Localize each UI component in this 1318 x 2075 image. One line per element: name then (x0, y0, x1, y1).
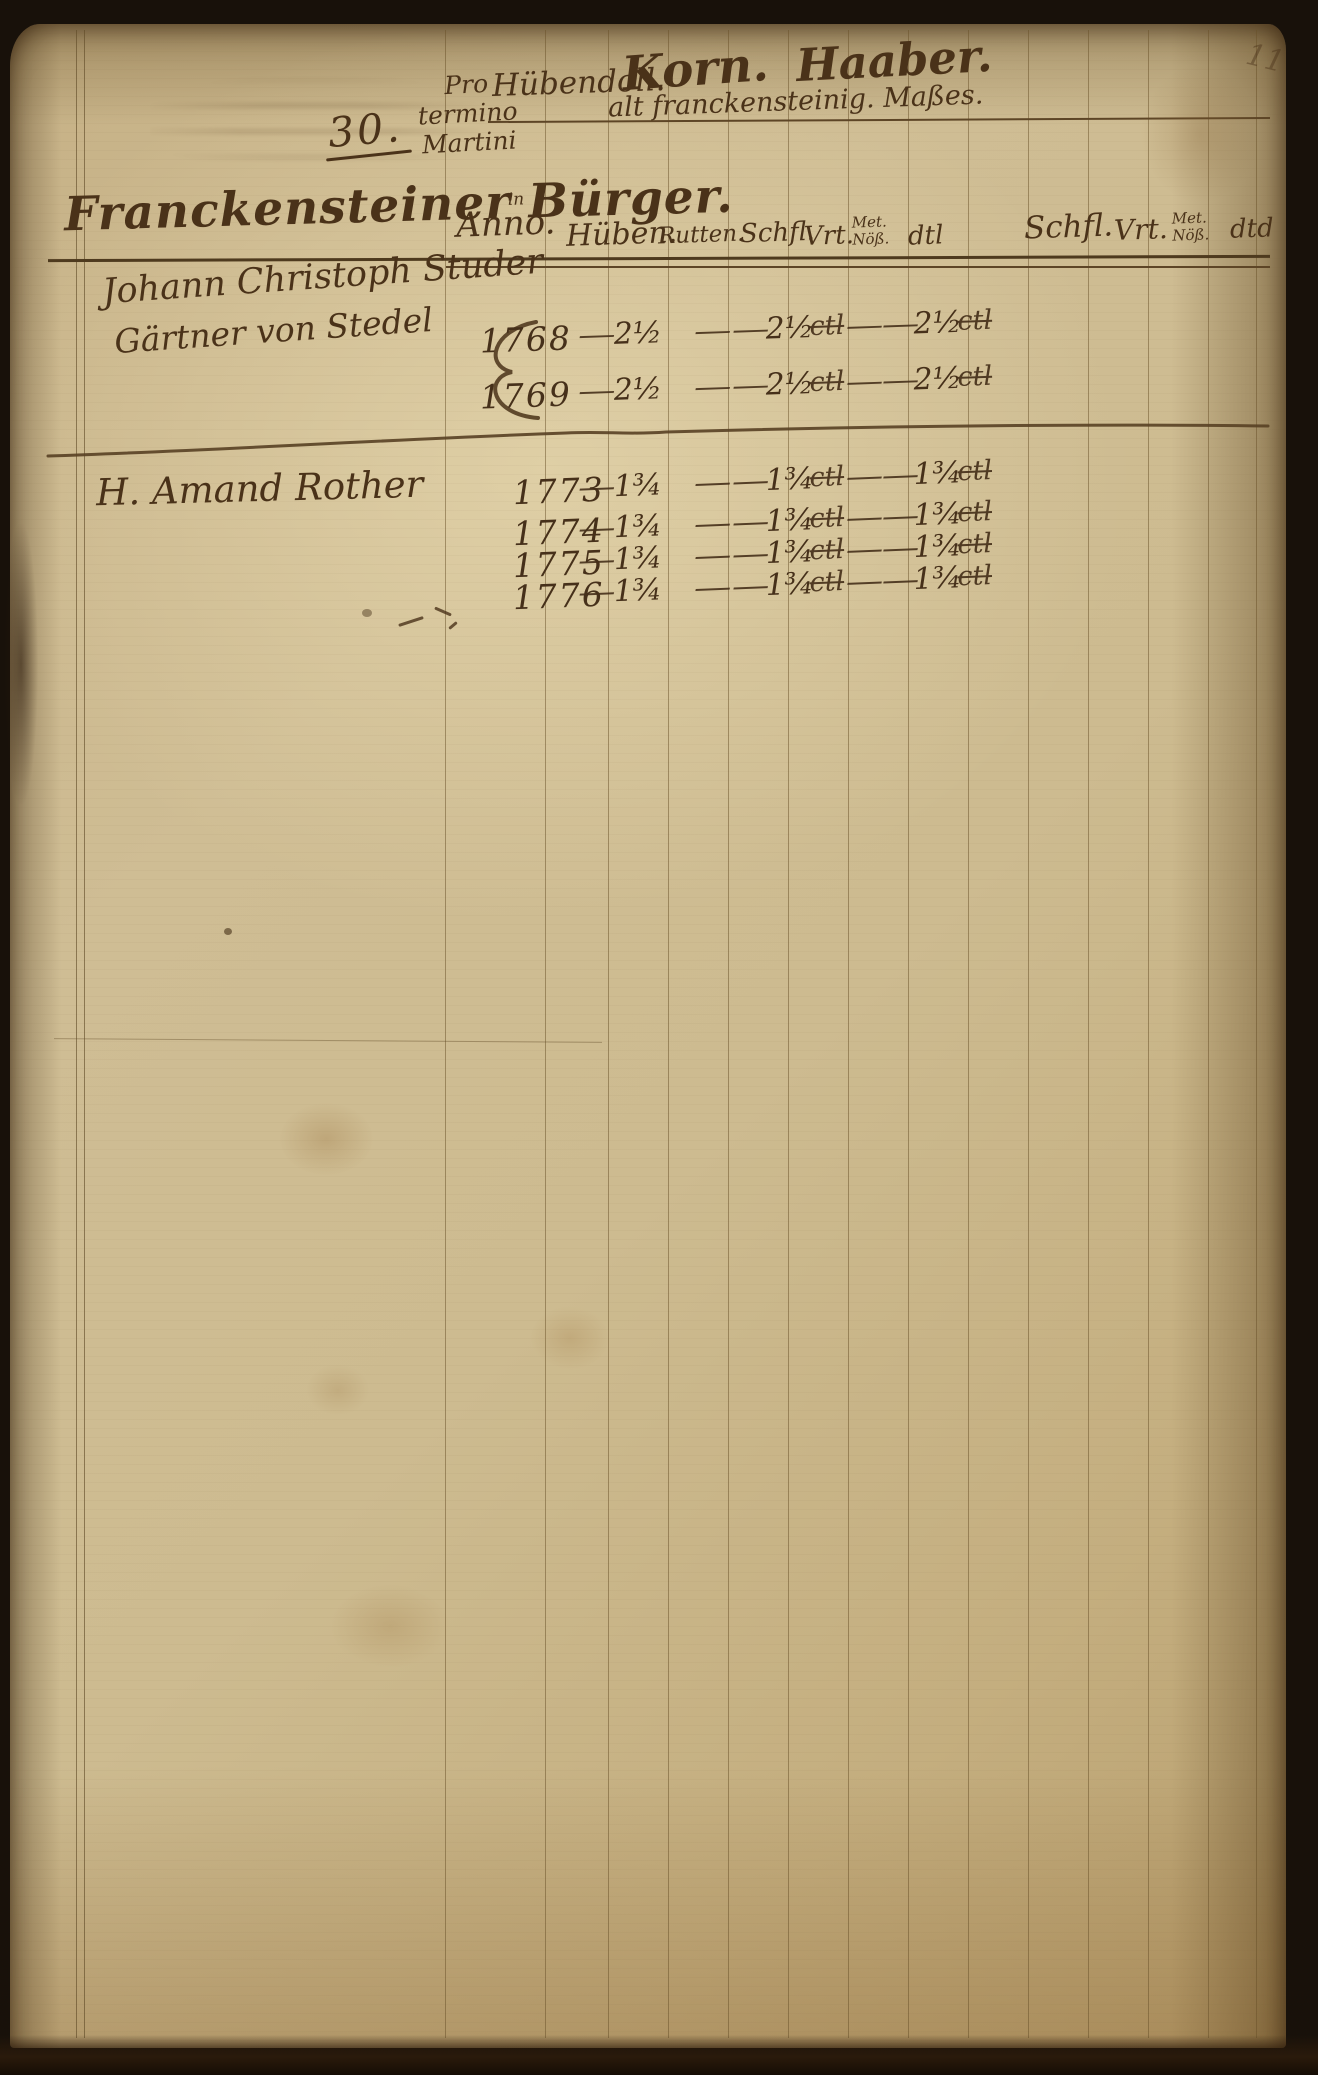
heading-rule-top (48, 255, 1270, 262)
column-header-rutten: Rutten. (658, 223, 745, 249)
age-stain (1140, 64, 1260, 204)
value-cell: — (577, 513, 616, 544)
dito-mark: ctl (809, 504, 845, 532)
age-stain (278, 1102, 374, 1176)
value-cell: — (693, 509, 732, 540)
dito-mark: ctl (957, 498, 993, 526)
value-cell: — (845, 534, 884, 565)
dito-mark: ctl (957, 307, 993, 335)
column-header-korn-dtl: dtl (908, 222, 944, 249)
column-header-haaber-scheffel: Schfl. (1023, 210, 1113, 244)
value-cell: — (693, 468, 732, 499)
entry-name: Johann Christoph Studer (101, 245, 544, 311)
value-cell: 1¾ (913, 531, 962, 563)
column-header-haaber-viertel: Vrt. (1114, 215, 1169, 245)
value-cell: 2½ (913, 308, 962, 340)
value-cell: 1¾ (765, 569, 814, 601)
value-cell: — (693, 372, 732, 403)
age-stain (330, 1584, 450, 1668)
column-header-korn-viertel: Vrt. (804, 222, 855, 250)
column-header-korn-metze-noessel: Met. Nöß. (851, 213, 889, 247)
ink-speck (224, 928, 232, 935)
value-cell: — (845, 502, 884, 533)
value-cell: — (693, 316, 732, 347)
value-cell: — (577, 472, 616, 503)
value-cell: 1¾ (613, 511, 662, 543)
age-stain (306, 1364, 370, 1416)
column-header-anno: in Anno. (455, 190, 556, 242)
value-cell: 1¾ (765, 537, 814, 569)
value-cell: — (577, 577, 616, 608)
value-cell: 2½ (613, 318, 662, 350)
dito-mark: ctl (957, 562, 993, 590)
value-cell: 1¾ (613, 575, 662, 607)
value-cell: — (693, 573, 732, 604)
haaber-noess-label: Nöß. (1172, 226, 1210, 244)
value-cell: 1¾ (913, 499, 962, 531)
value-cell: 2½ (765, 313, 814, 345)
page-number: 11 (1243, 40, 1287, 78)
header-rule (488, 117, 1270, 123)
value-cell: — (577, 545, 616, 576)
value-cell: — (731, 539, 770, 570)
value-cell: — (578, 376, 617, 407)
year-cell: 1769 (479, 377, 572, 413)
dito-mark: ctl (809, 568, 845, 596)
value-cell: 1¾ (913, 458, 962, 490)
value-cell: 2½ (765, 369, 814, 401)
value-cell: 1¾ (765, 505, 814, 537)
dito-mark: ctl (809, 536, 845, 564)
dito-mark: ctl (957, 530, 993, 558)
value-cell: — (731, 507, 770, 538)
ledger-page: 30. Pro termino Martini Hübendoll. Korn.… (10, 24, 1286, 2048)
column-header-haaber-metze-noessel: Met. Nöß. (1171, 209, 1209, 243)
value-cell: 1¾ (613, 543, 662, 575)
dito-mark: ctl (809, 463, 845, 491)
column-header-haaber-dtd: dtd (1230, 215, 1275, 243)
value-cell: — (845, 461, 884, 492)
heading-rule-bottom (446, 266, 1270, 268)
anno-label: Anno. (456, 202, 556, 245)
value-cell: 2½ (913, 364, 962, 396)
value-cell: — (845, 311, 884, 342)
value-cell: — (731, 466, 770, 497)
haaber-met-label: Met. (1171, 209, 1209, 227)
korn-noess-label: Nöß. (852, 230, 890, 248)
age-stain (530, 1306, 610, 1370)
dito-mark: ctl (957, 457, 993, 485)
value-cell: 2½ (613, 374, 662, 406)
value-cell: — (578, 320, 617, 351)
faint-guide-line (54, 1038, 602, 1043)
value-cell: — (731, 370, 770, 401)
value-cell: 1¾ (913, 563, 962, 595)
folio-mark: 30. (326, 107, 404, 154)
value-cell: 1¾ (765, 464, 814, 496)
dito-mark: ctl (957, 363, 993, 391)
value-cell: — (845, 367, 884, 398)
value-cell: — (731, 314, 770, 345)
ledger-scan: 30. Pro termino Martini Hübendoll. Korn.… (0, 0, 1318, 2075)
value-cell: — (731, 571, 770, 602)
year-cell: 1768 (479, 321, 572, 357)
book-bottom-edge (0, 2035, 1318, 2075)
term-note-line3: Martini (419, 127, 520, 157)
value-cell: — (693, 541, 732, 572)
dito-mark: ctl (809, 368, 845, 396)
value-cell: — (845, 566, 884, 597)
value-cell: 1¾ (613, 470, 662, 502)
korn-met-label: Met. (851, 213, 889, 231)
dito-mark: ctl (809, 312, 845, 340)
